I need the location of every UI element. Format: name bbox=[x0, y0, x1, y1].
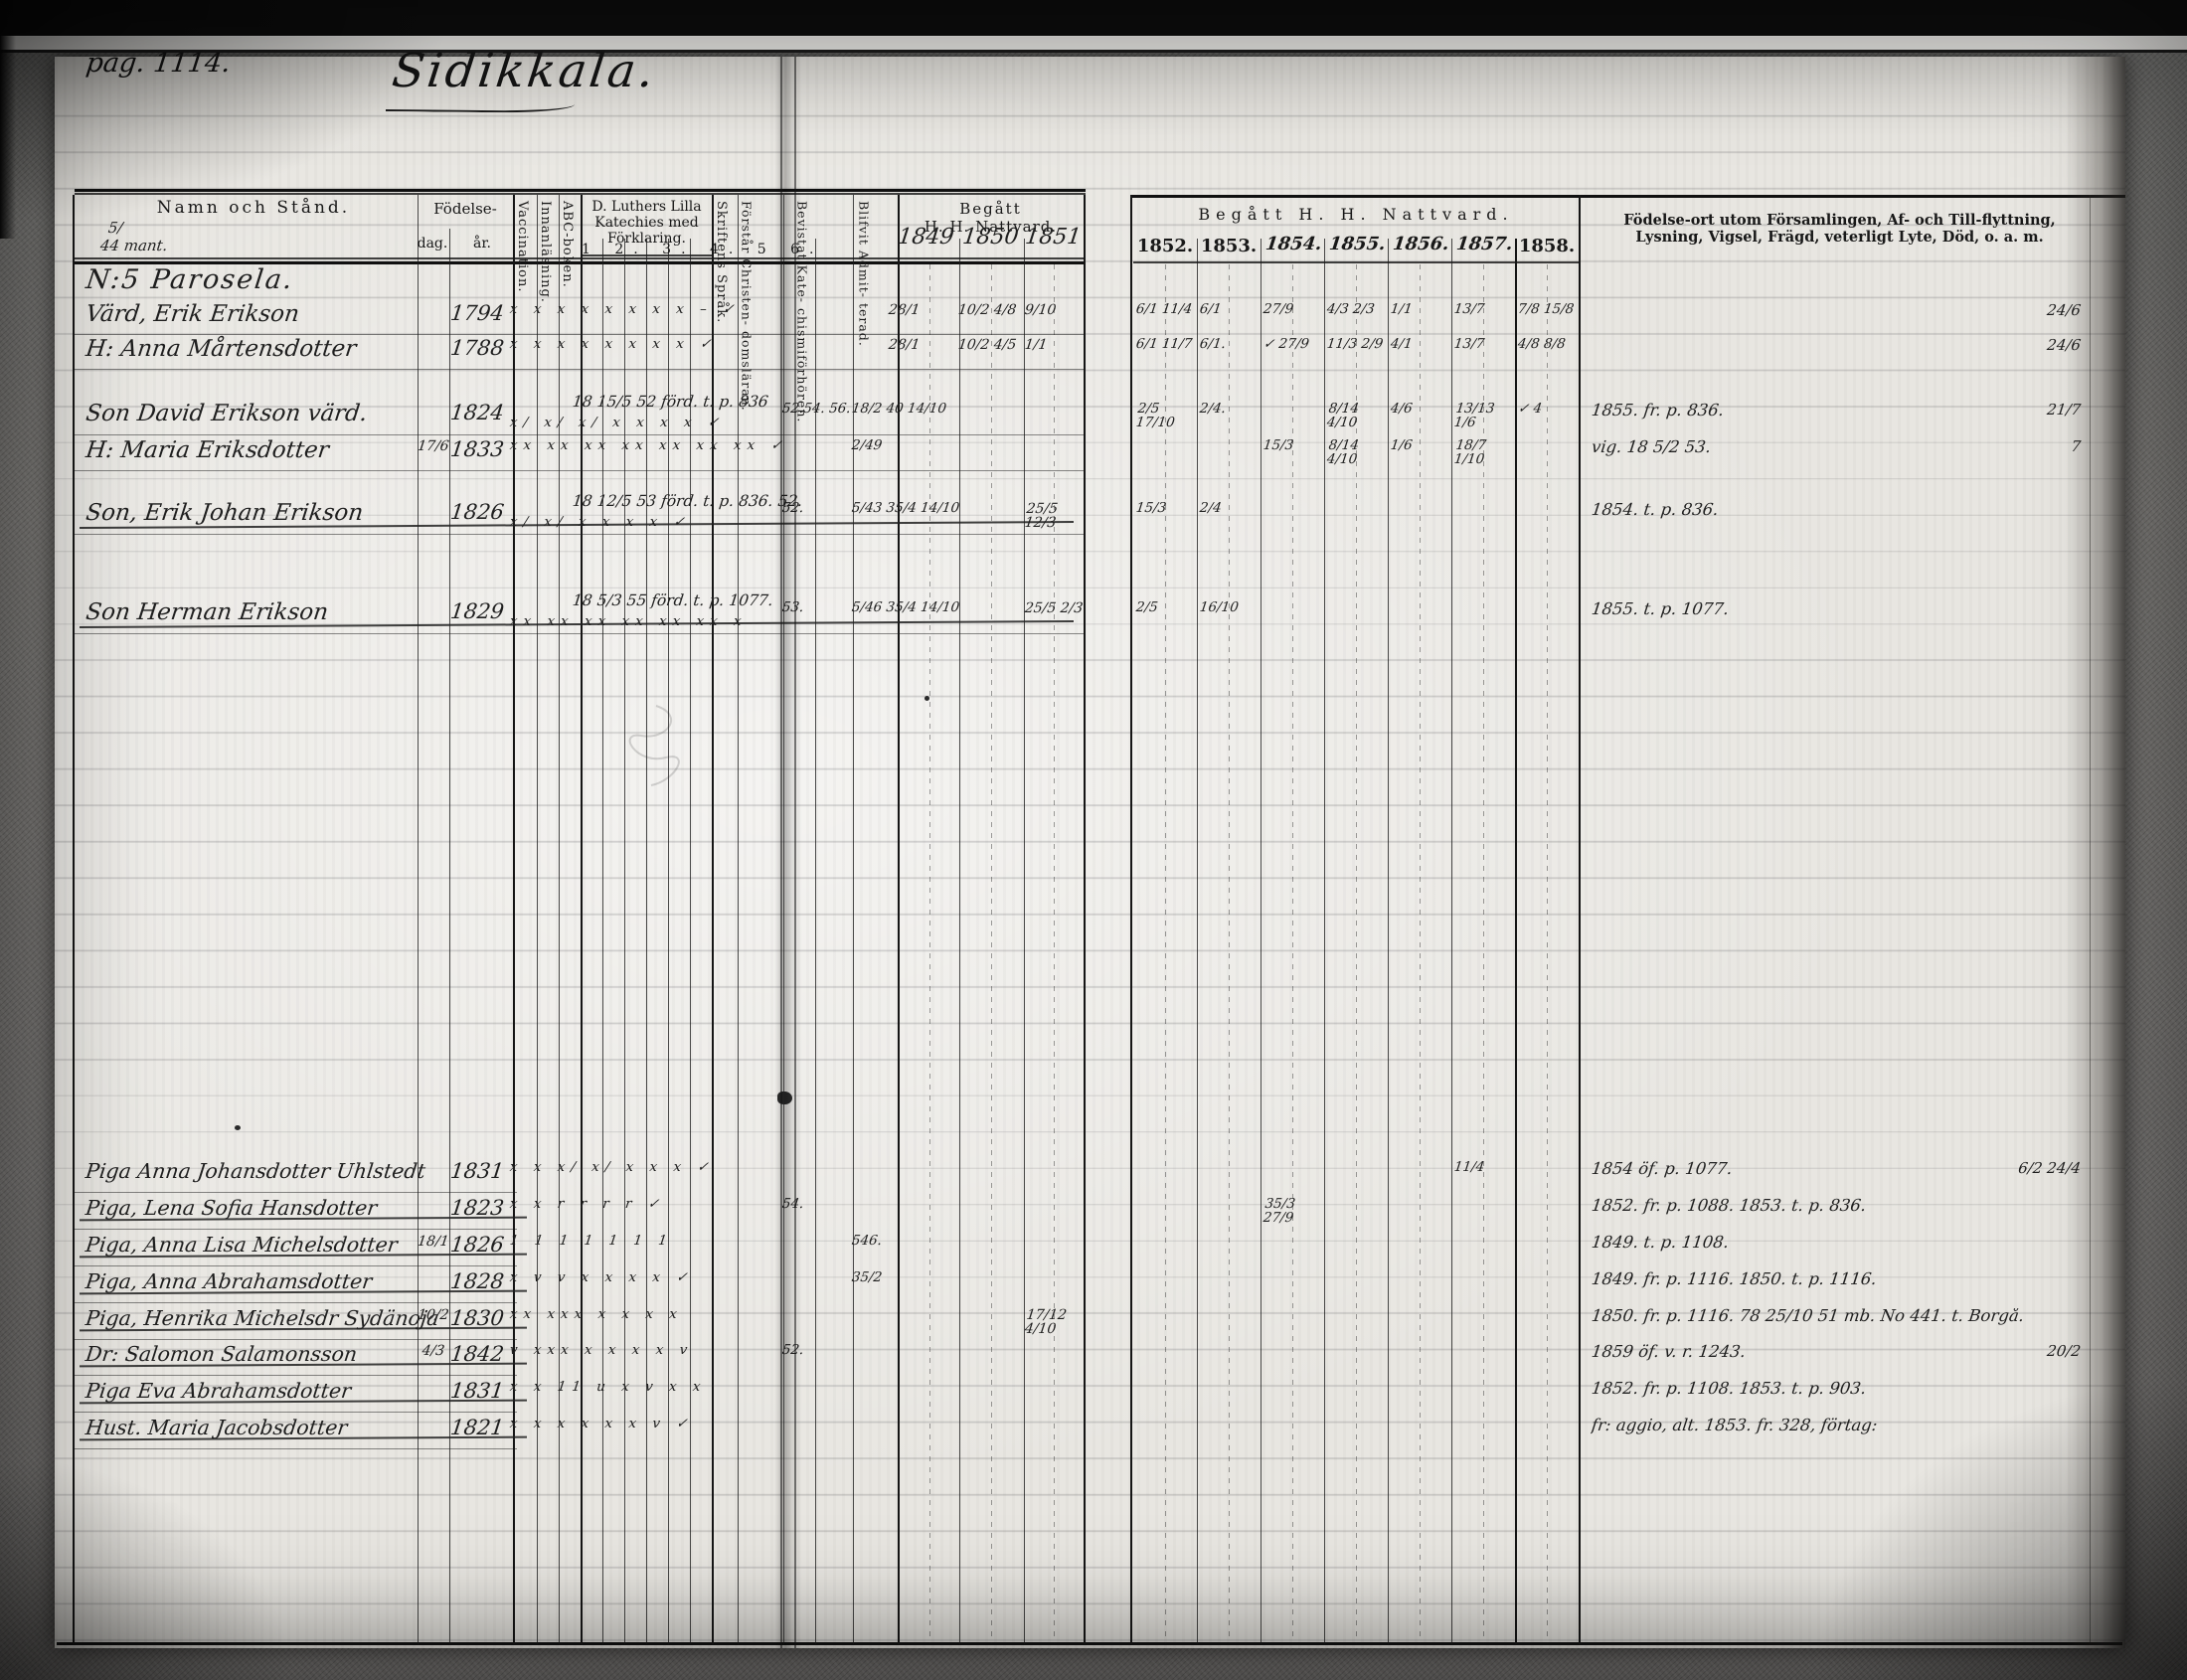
communion-header-left-line1: Begått bbox=[898, 201, 1084, 218]
name-cell: Son, Erik Johan Erikson bbox=[84, 502, 425, 525]
year-header-1851: 1851 bbox=[1021, 227, 1086, 249]
birth-day-cell: 18/1 bbox=[415, 1235, 452, 1249]
record-row: Piga, Henrika Michelsdr Sydänoja 10/2 18… bbox=[0, 1308, 2187, 1346]
mantal-note-top: 5/ bbox=[107, 221, 123, 236]
note-cell: fr: aggio, alt. 1853. fr. 328, förtag: bbox=[1591, 1418, 2102, 1434]
record-row: H: Anna Mårtensdotter 1788 x x x x x x x… bbox=[0, 338, 2187, 376]
communion-cell: 13/13 1/6 bbox=[1453, 403, 1518, 429]
communion-cell: 2/4 bbox=[1199, 502, 1262, 516]
record-row: N:5 Parosela. bbox=[0, 266, 2187, 304]
communion-cell: 10/2 4/8 bbox=[957, 303, 1025, 317]
record-row: Hust. Maria Jacobsdotter 1821 x x x x x … bbox=[0, 1418, 2187, 1455]
village-section-header: N:5 Parosela. bbox=[84, 266, 425, 293]
record-row: Piga Anna Johansdotter Uhlstedt 1831 x x… bbox=[0, 1161, 2187, 1199]
communion-cell: 35/3 27/9 bbox=[1262, 1198, 1327, 1225]
name-cell: H: Maria Eriksdotter bbox=[84, 439, 425, 462]
name-cell: Dr: Salomon Salamonsson bbox=[84, 1344, 425, 1365]
communion-cell: 6/1 11/4 bbox=[1135, 303, 1199, 317]
name-cell: Värd, Erik Erikson bbox=[84, 303, 425, 326]
communion-cell: 10/2 4/5 bbox=[957, 338, 1025, 352]
birth-year-cell: 1826 bbox=[449, 502, 518, 523]
column-header-birth: Födelse- bbox=[416, 201, 515, 218]
communion-cell: 6/1. bbox=[1199, 338, 1262, 352]
communion-cell: 17/12 4/10 bbox=[1024, 1308, 1087, 1336]
communion-cell: 4/8 8/8 bbox=[1517, 338, 1581, 352]
ink-spot bbox=[925, 696, 929, 701]
communion-cell: 27/9 bbox=[1262, 303, 1326, 317]
year-header-1852: 1852. bbox=[1135, 237, 1195, 257]
marks-cell: x x x x x x x x – ✓ bbox=[509, 303, 785, 317]
communion-cell: 9/10 bbox=[1024, 303, 1086, 317]
communion-cell: 11/4 bbox=[1453, 1161, 1517, 1175]
marks-cell: x x x/ x/ x x x ✓ bbox=[509, 1161, 785, 1175]
note-cell: 1854. t. p. 836. bbox=[1591, 502, 2102, 519]
name-cell: Piga, Anna Abrahamsdotter bbox=[84, 1271, 425, 1292]
marks-cell: x v v x x x x ✓ bbox=[509, 1271, 785, 1285]
note-cell: 1852. fr. p. 1088. 1853. t. p. 836. bbox=[1591, 1198, 2102, 1215]
birth-year-cell: 1829 bbox=[449, 601, 518, 622]
page-number: pag. 1114. bbox=[84, 50, 232, 77]
year-header-1853: 1853. bbox=[1199, 237, 1259, 257]
name-cell: Piga Anna Johansdotter Uhlstedt bbox=[84, 1161, 425, 1182]
name-cell: Piga Eva Abrahamsdotter bbox=[84, 1381, 425, 1402]
communion-cell: 13/7 bbox=[1453, 303, 1517, 317]
name-cell: Son David Erikson värd. bbox=[84, 403, 425, 425]
page-top-edge-strip bbox=[0, 36, 2187, 53]
communion-header-right: Begått H. H. Nattvard. bbox=[1133, 206, 1579, 224]
communion-cell: 2/5 17/10 bbox=[1135, 403, 1200, 429]
record-row: Son David Erikson värd. 1824 18 15/5 52 … bbox=[0, 403, 2187, 440]
marks-cell: x x 11 u x v x x bbox=[509, 1381, 785, 1395]
birth-year-cell: 1831 bbox=[449, 1161, 518, 1182]
birth-year-cell: 1833 bbox=[449, 439, 518, 460]
year-header-1849: 1849 bbox=[893, 227, 959, 249]
scan-left-shadow bbox=[0, 0, 16, 239]
column-header-day: dag. bbox=[414, 236, 451, 252]
year-header-1858: 1858. bbox=[1517, 237, 1577, 257]
admitted-cell: 5/46 35/4 14/10 bbox=[851, 601, 905, 615]
admitted-cell: 35/2 bbox=[851, 1271, 905, 1285]
communion-cell: ✓ 27/9 bbox=[1262, 338, 1326, 352]
communion-cell: 8/14 4/10 bbox=[1326, 439, 1391, 466]
communion-cell: 1/1 bbox=[1390, 303, 1453, 317]
marks-cell: x x x x x x x x ✓ bbox=[509, 338, 785, 352]
name-cell: Piga, Anna Lisa Michelsdotter bbox=[84, 1235, 425, 1256]
communion-cell: 11/3 2/9 bbox=[1326, 338, 1390, 352]
column-header-name: Namn och Stånd. bbox=[94, 199, 413, 219]
marks-cell: x x r r r r ✓ bbox=[509, 1198, 785, 1212]
communion-cell: 7/8 15/8 bbox=[1517, 303, 1581, 317]
birth-day-cell: 17/6 bbox=[415, 439, 452, 453]
communion-cell: 25/5 12/3 bbox=[1024, 502, 1087, 530]
note-cell: 1852. fr. p. 1108. 1853. t. p. 903. bbox=[1591, 1381, 2102, 1398]
communion-cell: 1/1 bbox=[1024, 338, 1086, 352]
record-row: Dr: Salomon Salamonsson 4/3 1842 v xxx x… bbox=[0, 1344, 2187, 1382]
year-header-1854: 1854. bbox=[1262, 235, 1325, 255]
communion-cell: 1/6 bbox=[1390, 439, 1453, 453]
year-header-1855: 1855. bbox=[1326, 235, 1389, 255]
year-header-1856: 1856. bbox=[1390, 235, 1452, 255]
birth-year-cell: 1794 bbox=[449, 303, 518, 324]
record-row: H: Maria Eriksdotter 17/6 1833 xx xx xx … bbox=[0, 439, 2187, 477]
communion-cell: 13/7 bbox=[1453, 338, 1517, 352]
communion-cell: 8/14 4/10 bbox=[1326, 403, 1391, 429]
note-cell: 1855. t. p. 1077. bbox=[1591, 601, 2102, 618]
communion-cell: 15/3 bbox=[1262, 439, 1326, 453]
column-header-notes: Födelse-ort utom Församlingen, Af- och T… bbox=[1589, 213, 2091, 246]
record-row: Piga, Anna Abrahamsdotter 1828 x v v x x… bbox=[0, 1271, 2187, 1309]
record-row: Son, Erik Johan Erikson 1826 18 12/5 53 … bbox=[0, 502, 2187, 540]
grid-line bbox=[1130, 195, 2125, 198]
communion-cell: 4/1 bbox=[1390, 338, 1453, 352]
admitted-cell: 5/43 35/4 14/10 bbox=[851, 502, 905, 516]
grid-line bbox=[75, 189, 1086, 192]
pencil-smudge bbox=[596, 696, 726, 795]
communion-cell: 4/6 bbox=[1390, 403, 1453, 417]
admitted-cell: 2/49 bbox=[851, 439, 905, 453]
year-header-1850: 1850 bbox=[957, 227, 1024, 249]
name-cell: H: Anna Mårtensdotter bbox=[84, 338, 425, 361]
communion-cell: 2/4. bbox=[1199, 403, 1262, 417]
page-title: Sidikkala. bbox=[390, 48, 659, 94]
admitted-cell: 546. bbox=[851, 1235, 905, 1249]
note-cell: 1849. fr. p. 1116. 1850. t. p. 1116. bbox=[1591, 1271, 2102, 1288]
name-cell: Hust. Maria Jacobsdotter bbox=[84, 1418, 425, 1438]
communion-cell: 4/3 2/3 bbox=[1326, 303, 1390, 317]
birth-year-cell: 1824 bbox=[449, 403, 518, 423]
marks-cell: 1 1 1 1 1 1 1 bbox=[509, 1235, 785, 1249]
communion-cell: 18/7 1/10 bbox=[1453, 439, 1518, 466]
grid-line bbox=[1133, 261, 1579, 263]
scanned-book-spread: pag. 1114. Sidikkala. Namn och St bbox=[0, 0, 2187, 1680]
communion-cell: 25/5 2/3 bbox=[1024, 601, 1086, 615]
name-cell: Piga, Lena Sofia Hansdotter bbox=[84, 1198, 425, 1219]
communion-cell: 28/1 bbox=[888, 303, 959, 317]
scanner-background-top bbox=[0, 0, 2187, 36]
book-fold bbox=[774, 57, 802, 1648]
year-header-1857: 1857. bbox=[1453, 235, 1516, 255]
marks-cell: xx xxx x x x x bbox=[509, 1308, 785, 1322]
name-cell: Piga, Henrika Michelsdr Sydänoja bbox=[84, 1308, 425, 1329]
admitted-cell: 18/2 40 14/10 bbox=[851, 403, 905, 417]
record-row: Son Herman Erikson 1829 18 5/3 55 förd. … bbox=[0, 601, 2187, 639]
name-cell: Son Herman Erikson bbox=[84, 601, 425, 624]
birth-day-cell: 10/2 bbox=[415, 1308, 452, 1322]
communion-cell: 6/1 11/7 bbox=[1135, 338, 1199, 352]
ink-spot bbox=[235, 1125, 241, 1130]
marks-cell: v xxx x x x x v bbox=[509, 1344, 785, 1358]
communion-cell: 2/5 bbox=[1135, 601, 1199, 615]
marks-cell: x x x x x x v ✓ bbox=[509, 1418, 785, 1431]
note-cell: 1850. fr. p. 1116. 78 25/10 51 mb. No 44… bbox=[1591, 1308, 2102, 1325]
column-header-year: år. bbox=[451, 236, 513, 252]
communion-cell: 15/3 bbox=[1135, 502, 1199, 516]
marks-cell: xx xx xx xx xx xx xx ✓ bbox=[509, 439, 785, 453]
record-row: Piga Eva Abrahamsdotter 1831 x x 11 u x … bbox=[0, 1381, 2187, 1419]
catechism-subcolumn-numbers: 1 2. 3. 4. 5 6. bbox=[582, 242, 712, 257]
column-header-catechism: D. Luthers Lilla Katechies med Förklarin… bbox=[584, 199, 710, 247]
page-edge-shading bbox=[2066, 57, 2125, 1648]
birth-day-cell: 4/3 bbox=[415, 1344, 452, 1358]
birth-year-cell: 1788 bbox=[449, 338, 518, 359]
mantal-note-bottom: 44 mant. bbox=[99, 239, 168, 253]
communion-cell: 6/1 bbox=[1199, 303, 1262, 317]
communion-cell: 28/1 bbox=[888, 338, 959, 352]
grid-line bbox=[57, 1642, 2122, 1645]
note-cell: 1849. t. p. 1108. bbox=[1591, 1235, 2102, 1252]
marks-cell: x/ x/ x/ x x x x ✓ bbox=[509, 417, 785, 430]
record-row: Piga, Lena Sofia Hansdotter 1823 x x r r… bbox=[0, 1198, 2187, 1236]
record-row: Piga, Anna Lisa Michelsdotter 18/1 1826 … bbox=[0, 1235, 2187, 1272]
communion-cell: 16/10 bbox=[1199, 601, 1262, 615]
communion-cell: ✓ 4 bbox=[1517, 403, 1581, 417]
